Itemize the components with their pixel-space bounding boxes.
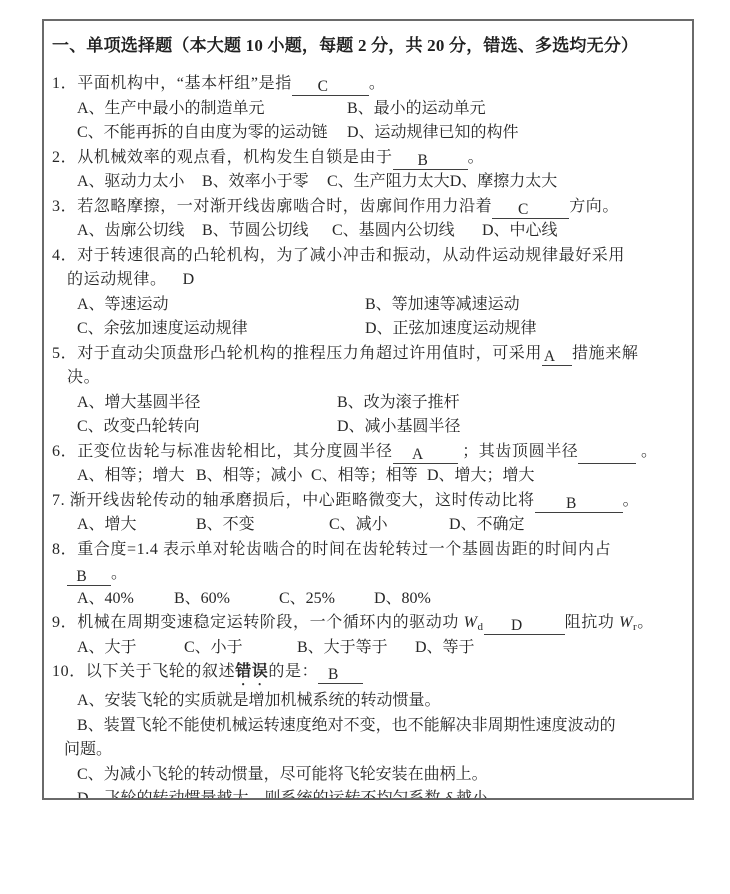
option-row: A、大于C、小于B、大于等于D、等于 [52,636,686,661]
option-row: A、齿廓公切线B、节圆公切线C、基圆内公切线D、中心线 [52,219,686,244]
option: B、60% [174,587,279,612]
option-row: A、驱动力太小B、效率小于零C、生产阻力太大D、摩擦力太大 [52,170,686,195]
option-row: A、生产中最小的制造单元B、最小的运动单元 [52,97,686,122]
text: 6．正变位齿轮与标准齿轮相比，其分度圆半径 [52,443,393,460]
text: 。 [636,443,657,460]
option: C、25% [279,587,374,612]
option: D、不确定 [449,513,525,538]
option-row: A、增大B、不变C、减小D、不确定 [52,513,686,538]
option-row: A、40%B、60%C、25%D、80% [52,587,686,612]
option: A、等速运动 [77,293,365,318]
text: 问题。 [64,741,112,758]
text: 。 [369,75,386,92]
question-stem: 2．从机械效率的观点看，机构发生自锁是由于B。 [52,146,686,171]
text: 。 [111,565,128,582]
question-stem: 6．正变位齿轮与标准齿轮相比，其分度圆半径A ；其齿顶圆半径 。 [52,440,686,465]
option: A、相等；增大 [77,464,196,489]
question-7: 7. 渐开线齿轮传动的轴承磨损后，中心距略微变大，这时传动比将B。A、增大B、不… [52,489,686,538]
question-stem: 5．对于直动尖顶盘形凸轮机构的推程压力角超过许用值时，可采用A措施来解决。 [52,342,686,391]
text: 方向。 [569,198,619,215]
text: 措施来解 [572,345,638,362]
answer-blank: B [535,495,623,513]
question-stem: 8．重合度=1.4 表示单对轮齿啮合的时间在齿轮转过一个基圆齿距的时间内占B。 [52,538,686,587]
answer-letter: D [183,271,195,288]
text: 。 [468,149,485,166]
option: C、生产阻力太大 [327,170,450,195]
option: B、大于等于 [297,636,415,661]
question-8: 8．重合度=1.4 表示单对轮齿啮合的时间在齿轮转过一个基圆齿距的时间内占B。A… [52,538,686,612]
text: 1．平面机构中，“基本杆组”是指 [52,75,292,92]
question-3: 3．若忽略摩擦，一对渐开线齿廓啮合时，齿廓间作用力沿着C方向。A、齿廓公切线B、… [52,195,686,244]
answer-blank: C [292,78,369,96]
option: D、摩擦力太大 [450,170,558,195]
option: A、增大 [77,513,196,538]
text: A、安装飞轮的实质就是增加机械系统的转动惯量。 [77,692,441,709]
text: 8．重合度=1.4 表示单对轮齿啮合的时间在齿轮转过一个基圆齿距的时间内占 [52,541,611,558]
option: C、余弦加速度运动规律 [77,317,365,342]
option: A、生产中最小的制造单元 [77,97,347,122]
option-row: A、相等；增大B、相等；减小C、相等；相等D、增大；增大 [52,464,686,489]
question-sheet: 一、单项选择题（本大题 10 小题，每题 2 分，共 20 分，错选、多选均无分… [42,19,694,800]
exam-page: 一、单项选择题（本大题 10 小题，每题 2 分，共 20 分，错选、多选均无分… [0,0,730,894]
text: D、飞轮的转动惯量越大，则系统的运转不均匀系数 [77,790,445,800]
option: D、正弦加速度运动规律 [365,317,537,342]
text: 阻抗功 [565,614,619,631]
text: ；其齿顶圆半径 [458,443,579,460]
text: 4．对于转速很高的凸轮机构，为了减小冲击和振动，从动件运动规律最好采用 [52,247,625,264]
answer-blank: B [393,152,468,170]
option: B、相等；减小 [196,464,311,489]
option: B、等加速等减速运动 [365,293,520,318]
option: B、节圆公切线 [202,219,332,244]
question-list: 1．平面机构中，“基本杆组”是指C。A、生产中最小的制造单元B、最小的运动单元C… [52,72,686,800]
text: 。 [637,614,654,631]
text: 7. 渐开线齿轮传动的轴承磨损后，中心距略微变大，这时传动比将 [52,492,535,509]
question-stem: 7. 渐开线齿轮传动的轴承磨损后，中心距略微变大，这时传动比将B。 [52,489,686,514]
option: A、齿廓公切线 [77,219,202,244]
option-line: B、装置飞轮不能使机械运转速度绝对不变，也不能解决非周期性速度波动的问题。 [52,714,686,763]
text: 3．若忽略摩擦，一对渐开线齿廓啮合时，齿廓间作用力沿着 [52,198,492,215]
option-row: C、改变凸轮转向D、减小基圆半径 [52,415,686,440]
text: C、为减小飞轮的转动惯量，尽可能将飞轮安装在曲柄上。 [77,766,488,783]
italic-symbol: W [619,614,633,631]
answer-blank [578,446,636,464]
option: A、增大基圆半径 [77,391,337,416]
answer-blank: B [318,666,363,684]
option: C、相等；相等 [311,464,427,489]
option: A、40% [77,587,174,612]
question-stem: 4．对于转速很高的凸轮机构，为了减小冲击和振动，从动件运动规律最好采用的运动规律… [52,244,686,293]
question-10: 10．以下关于飞轮的叙述错误的是：BA、安装飞轮的实质就是增加机械系统的转动惯量… [52,660,686,800]
option-row: C、不能再拆的自由度为零的运动链D、运动规律已知的构件 [52,121,686,146]
option: C、改变凸轮转向 [77,415,337,440]
text: 9．机械在周期变速稳定运转阶段，一个循环内的驱动功 [52,614,464,631]
answer-blank: D [484,617,565,635]
option-row: A、等速运动B、等加速等减速运动 [52,293,686,318]
text: 越小 [452,790,488,800]
question-stem: 10．以下关于飞轮的叙述错误的是：B [52,660,686,689]
answer-blank: A [393,446,458,464]
option-line: C、为减小飞轮的转动惯量，尽可能将飞轮安装在曲柄上。 [52,763,686,788]
option: D、80% [374,587,431,612]
question-stem: 3．若忽略摩擦，一对渐开线齿廓啮合时，齿廓间作用力沿着C方向。 [52,195,686,220]
text: 2．从机械效率的观点看，机构发生自锁是由于 [52,149,393,166]
option: C、不能再拆的自由度为零的运动链 [77,121,347,146]
option: D、运动规律已知的构件 [347,121,519,146]
option: C、基圆内公切线 [332,219,482,244]
text: 10．以下关于飞轮的叙述 [52,663,235,680]
question-9: 9．机械在周期变速稳定运转阶段，一个循环内的驱动功 WdD阻抗功 Wr。A、大于… [52,611,686,660]
question-5: 5．对于直动尖顶盘形凸轮机构的推程压力角超过许用值时，可采用A措施来解决。A、增… [52,342,686,440]
text: 。 [623,492,640,509]
option: C、小于 [184,636,297,661]
option: B、改为滚子推杆 [337,391,460,416]
option-line: A、安装飞轮的实质就是增加机械系统的转动惯量。 [52,689,686,714]
option: A、驱动力太小 [77,170,202,195]
option-row: A、增大基圆半径B、改为滚子推杆 [52,391,686,416]
question-stem: 1．平面机构中，“基本杆组”是指C。 [52,72,686,97]
question-6: 6．正变位齿轮与标准齿轮相比，其分度圆半径A ；其齿顶圆半径 。A、相等；增大B… [52,440,686,489]
italic-symbol: δ [445,790,452,800]
text: B、装置飞轮不能使机械运转速度绝对不变，也不能解决非周期性速度波动的 [77,717,616,734]
question-1: 1．平面机构中，“基本杆组”是指C。A、生产中最小的制造单元B、最小的运动单元C… [52,72,686,146]
section-heading: 一、单项选择题（本大题 10 小题，每题 2 分，共 20 分，错选、多选均无分… [52,33,686,59]
emphasized-text: 错误 [235,663,268,680]
option: B、效率小于零 [202,170,327,195]
option: D、中心线 [482,219,558,244]
answer-blank: B [67,568,111,586]
option: D、增大；增大 [427,464,535,489]
option-row: C、余弦加速度运动规律D、正弦加速度运动规律 [52,317,686,342]
option: D、减小基圆半径 [337,415,461,440]
option-line: D、飞轮的转动惯量越大，则系统的运转不均匀系数 δ 越小 [52,787,686,800]
text: 的运动规律。 [67,271,167,288]
question-2: 2．从机械效率的观点看，机构发生自锁是由于B。A、驱动力太小B、效率小于零C、生… [52,146,686,195]
text: 5．对于直动尖顶盘形凸轮机构的推程压力角超过许用值时，可采用 [52,345,542,362]
answer-blank: C [492,201,569,219]
option: C、减小 [329,513,449,538]
option: B、不变 [196,513,329,538]
italic-symbol: W [464,614,478,631]
text: 的是： [268,663,318,680]
question-stem: 9．机械在周期变速稳定运转阶段，一个循环内的驱动功 WdD阻抗功 Wr。 [52,611,686,636]
option: D、等于 [415,636,475,661]
question-4: 4．对于转速很高的凸轮机构，为了减小冲击和振动，从动件运动规律最好采用的运动规律… [52,244,686,342]
text: 决。 [67,369,100,386]
option: A、大于 [77,636,184,661]
answer-blank: A [542,348,572,366]
option: B、最小的运动单元 [347,97,486,122]
